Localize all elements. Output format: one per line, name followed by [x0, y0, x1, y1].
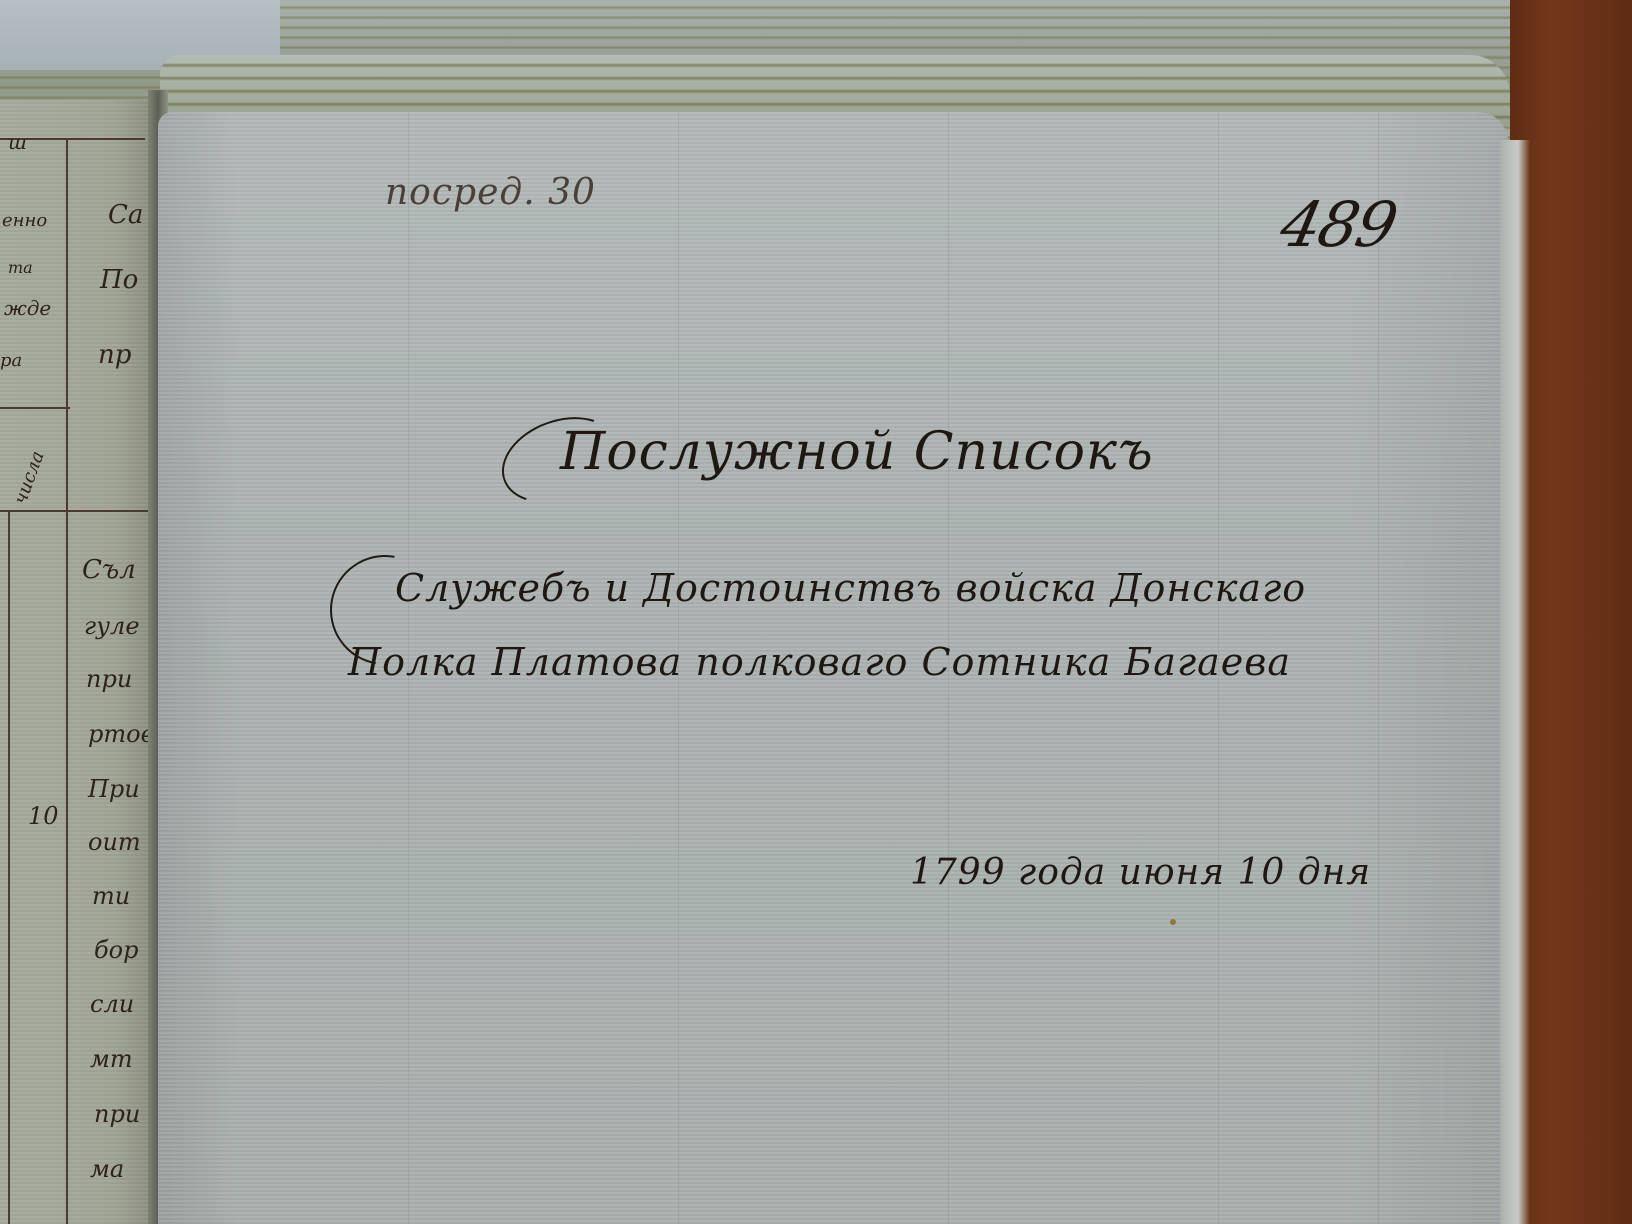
- left-text-fragment: ма: [90, 1155, 124, 1183]
- left-text-fragment: сли: [90, 990, 134, 1018]
- number-entry: 10: [28, 802, 59, 830]
- table-rule-left: [8, 510, 10, 1224]
- pencil-note: посред. 30: [385, 172, 596, 213]
- left-header-fragment: жде: [4, 296, 51, 320]
- left-text-fragment: при: [86, 665, 132, 693]
- left-text-fragment: при: [94, 1100, 140, 1128]
- paper-chain-line: [1378, 112, 1379, 1224]
- page-fore-edge: [1500, 140, 1530, 1224]
- body-line-2: Полка Платова полковаго Сотника Багаева: [348, 640, 1291, 684]
- left-page: ш енно та жде ра числа 10 Са По пр Съл г…: [0, 100, 160, 1224]
- column-header-count: числа: [10, 448, 49, 507]
- folio-number: 489: [1274, 188, 1402, 261]
- left-header-fragment: енно: [2, 210, 47, 231]
- left-text-fragment: По: [100, 265, 138, 295]
- left-text-fragment: гуле: [84, 612, 140, 640]
- date-line: 1799 года июня 10 дня: [910, 852, 1371, 893]
- table-rule-vertical: [66, 138, 68, 1224]
- left-text-fragment: При: [88, 775, 140, 803]
- left-text-fragment: Са: [108, 200, 143, 230]
- left-text-fragment: оит: [88, 828, 141, 856]
- left-header-fragment: та: [8, 258, 33, 277]
- left-header-fragment: ра: [0, 350, 22, 371]
- left-text-fragment: ртое: [88, 720, 155, 748]
- ink-stain: [1170, 919, 1176, 925]
- document-title: Послужной Списокъ: [560, 422, 1154, 482]
- left-text-fragment: ти: [92, 882, 130, 910]
- body-line-1: Служебъ и Достоинствъ войска Донскаго: [395, 566, 1306, 610]
- left-text-fragment: бор: [94, 936, 138, 964]
- left-header-fragment: ш: [8, 130, 27, 154]
- left-text-fragment: пр: [98, 340, 131, 370]
- left-text-fragment: мт: [90, 1045, 133, 1073]
- table-rule-mid: [0, 407, 70, 409]
- table-rule-lower: [0, 510, 150, 512]
- left-text-fragment: Съл: [82, 555, 136, 585]
